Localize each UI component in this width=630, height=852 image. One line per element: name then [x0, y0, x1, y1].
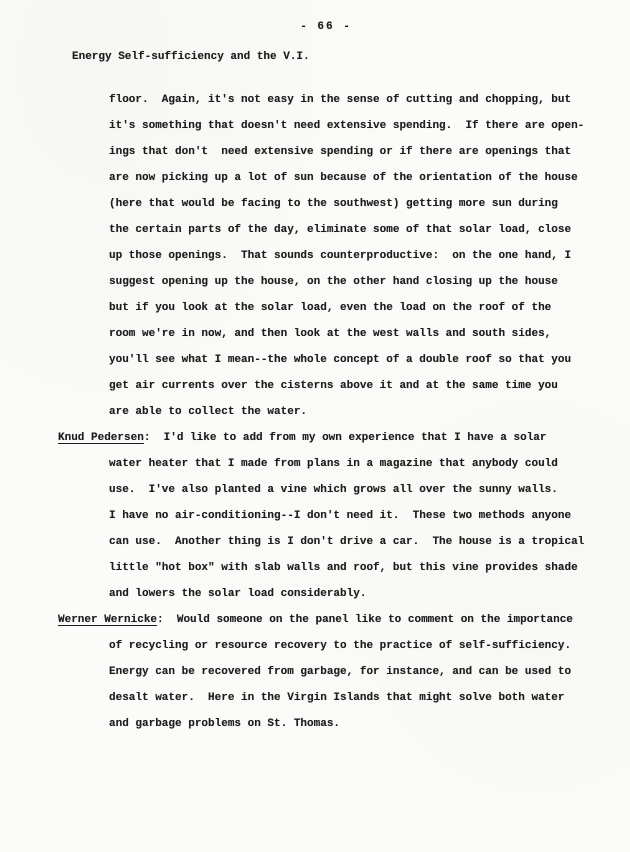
text-line: of recycling or resource recovery to the…	[0, 633, 630, 659]
text-line: and garbage problems on St. Thomas.	[0, 711, 630, 737]
running-header: Energy Self-sufficiency and the V.I.	[72, 51, 310, 63]
speaker-name: Knud Pedersen	[58, 432, 144, 444]
text-line: it's something that doesn't need extensi…	[0, 113, 630, 139]
text-line: desalt water. Here in the Virgin Islands…	[0, 685, 630, 711]
text-line: can use. Another thing is I don't drive …	[0, 529, 630, 555]
text-line: the certain parts of the day, eliminate …	[0, 217, 630, 243]
text-line: floor. Again, it's not easy in the sense…	[0, 87, 630, 113]
document-page: - 66 - Energy Self-sufficiency and the V…	[0, 0, 630, 852]
text-line: but if you look at the solar load, even …	[0, 295, 630, 321]
text-line: suggest opening up the house, on the oth…	[0, 269, 630, 295]
text-line: room we're in now, and then look at the …	[0, 321, 630, 347]
text-line: you'll see what I mean--the whole concep…	[0, 347, 630, 373]
text-line: Energy can be recovered from garbage, fo…	[0, 659, 630, 685]
text-line: I have no air-conditioning--I don't need…	[0, 503, 630, 529]
paragraph-knud-pedersen: Knud Pedersen: I'd like to add from my o…	[0, 425, 630, 607]
text-line: and lowers the solar load considerably.	[0, 581, 630, 607]
text-line: use. I've also planted a vine which grow…	[0, 477, 630, 503]
text-line: up those openings. That sounds counterpr…	[0, 243, 630, 269]
text-line: (here that would be facing to the southw…	[0, 191, 630, 217]
text-line: get air currents over the cisterns above…	[0, 373, 630, 399]
speaker-line-text: I'd like to add from my own experience t…	[150, 432, 546, 444]
text-line: are able to collect the water.	[0, 399, 630, 425]
speaker-colon: :	[157, 614, 164, 626]
text-line: Knud Pedersen: I'd like to add from my o…	[0, 425, 630, 451]
page-number: - 66 -	[0, 21, 630, 33]
speaker-name: Werner Wernicke	[58, 614, 157, 626]
speaker-line-text: Would someone on the panel like to comme…	[164, 614, 573, 626]
text-line: water heater that I made from plans in a…	[0, 451, 630, 477]
paragraph-werner-wernicke: Werner Wernicke: Would someone on the pa…	[0, 607, 630, 737]
text-line: Werner Wernicke: Would someone on the pa…	[0, 607, 630, 633]
text-line: are now picking up a lot of sun because …	[0, 165, 630, 191]
paragraph-continuation: floor. Again, it's not easy in the sense…	[0, 87, 630, 425]
text-line: ings that don't need extensive spending …	[0, 139, 630, 165]
document-body: floor. Again, it's not easy in the sense…	[0, 87, 630, 737]
text-line: little "hot box" with slab walls and roo…	[0, 555, 630, 581]
